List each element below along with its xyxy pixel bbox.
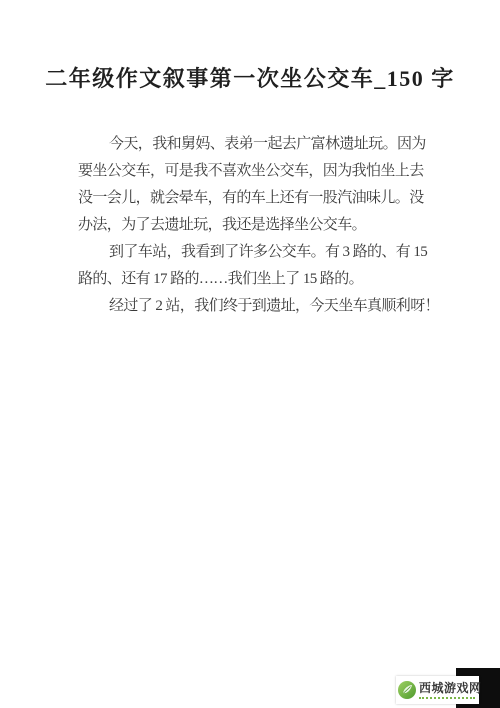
- essay-line: 经过了 2 站，我们终于到遗址，今天坐车真顺利呀！: [78, 293, 428, 320]
- page-title: 二年级作文叙事第一次坐公交车_150 字: [0, 62, 500, 93]
- watermark-site-name: 西城游戏网: [419, 682, 482, 695]
- document-page: 二年级作文叙事第一次坐公交车_150 字 今天，我和舅妈、表弟一起去广富林遗址玩…: [0, 0, 500, 708]
- essay-line: 今天，我和舅妈、表弟一起去广富林遗址玩。因为: [78, 131, 428, 158]
- essay-line: 到了车站，我看到了许多公交车。有 3 路的、有 15: [78, 239, 428, 266]
- essay-body: 今天，我和舅妈、表弟一起去广富林遗址玩。因为 要坐公交车，可是我不喜欢坐公交车，…: [78, 131, 428, 320]
- essay-line: 没一会儿，就会晕车，有的车上还有一股汽油味儿。没: [78, 185, 428, 212]
- leaf-logo-icon: [397, 680, 417, 700]
- watermark-tagline-strip: [419, 697, 475, 699]
- essay-line: 路的、还有 17 路的……我们坐上了 15 路的。: [78, 266, 428, 293]
- essay-line: 要坐公交车，可是我不喜欢坐公交车，因为我怕坐上去: [78, 158, 428, 185]
- essay-line: 办法，为了去遗址玩，我还是选择坐公交车。: [78, 212, 428, 239]
- watermark-text-column: 西城游戏网: [419, 682, 482, 699]
- site-watermark: 西城游戏网: [396, 676, 479, 704]
